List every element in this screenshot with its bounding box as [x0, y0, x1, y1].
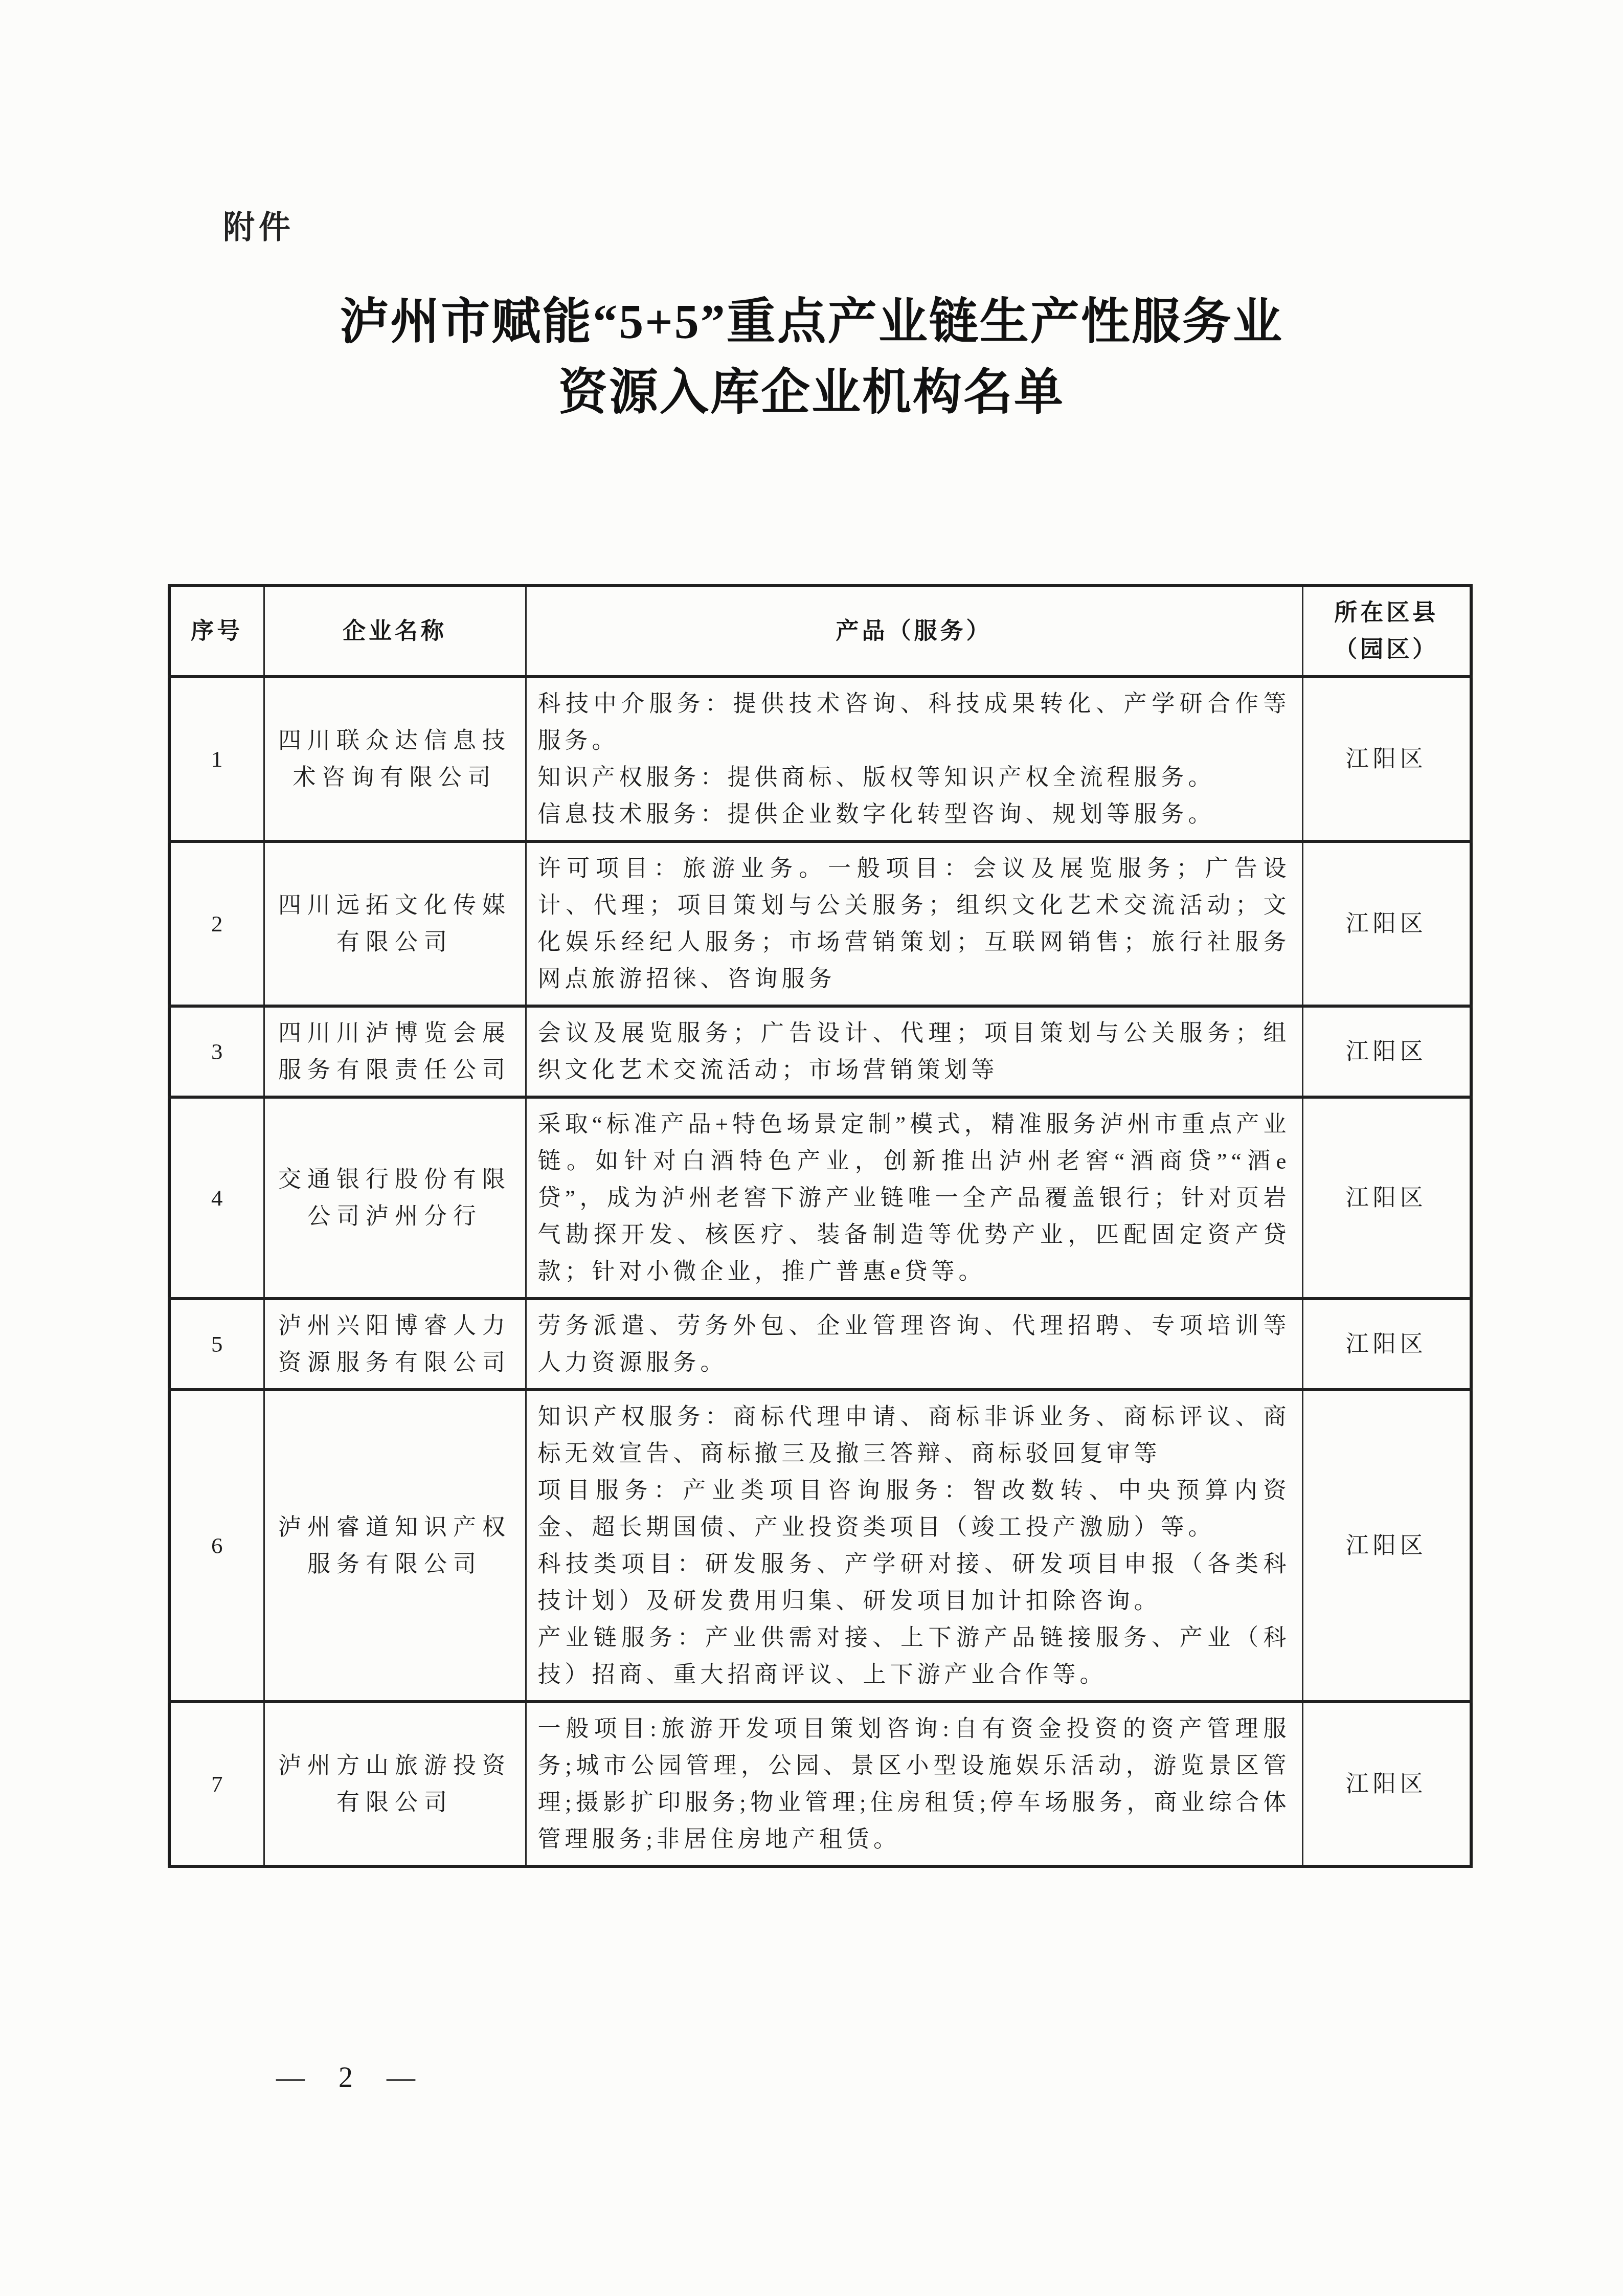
- table-row: 2 四川远拓文化传媒有限公司 许可项目：旅游业务。一般项目：会议及展览服务；广告…: [169, 841, 1471, 1006]
- header-products: 产品（服务）: [526, 586, 1302, 677]
- product-paragraph: 许可项目：旅游业务。一般项目：会议及展览服务；广告设计、代理；项目策划与公关服务…: [538, 850, 1291, 997]
- table-header: 序号 企业名称 产品（服务） 所在区县 （园区）: [169, 586, 1471, 677]
- table-row: 1 四川联众达信息技术咨询有限公司 科技中介服务：提供技术咨询、科技成果转化、产…: [169, 677, 1471, 841]
- header-company: 企业名称: [264, 586, 526, 677]
- title-line-2: 资源入库企业机构名单: [153, 357, 1470, 428]
- company-name-cell: 泸州睿道知识产权服务有限公司: [264, 1390, 526, 1702]
- page-title: 泸州市赋能“5+5”重点产业链生产性服务业 资源入库企业机构名单: [153, 286, 1470, 428]
- page-number: — 2 —: [276, 2061, 429, 2094]
- header-district-line2: （园区）: [1306, 631, 1467, 668]
- district-cell: 江阳区: [1302, 1390, 1471, 1702]
- company-name-cell: 四川远拓文化传媒有限公司: [264, 841, 526, 1006]
- table-row: 4 交通银行股份有限公司泸州分行 采取“标准产品+特色场景定制”模式，精准服务泸…: [169, 1097, 1471, 1299]
- table-row: 3 四川川泸博览会展服务有限责任公司 会议及展览服务；广告设计、代理；项目策划与…: [169, 1006, 1471, 1097]
- district-cell: 江阳区: [1302, 1299, 1471, 1390]
- row-number-cell: 7: [169, 1702, 264, 1866]
- company-name-cell: 泸州方山旅游投资有限公司: [264, 1702, 526, 1866]
- row-number-cell: 3: [169, 1006, 264, 1097]
- product-paragraph: 知识产权服务：提供商标、版权等知识产权全流程服务。: [538, 759, 1291, 796]
- row-number-cell: 6: [169, 1390, 264, 1702]
- header-district: 所在区县 （园区）: [1302, 586, 1471, 677]
- product-paragraph: 科技中介服务：提供技术咨询、科技成果转化、产学研合作等服务。: [538, 685, 1291, 759]
- products-services-cell: 会议及展览服务；广告设计、代理；项目策划与公关服务；组织文化艺术交流活动；市场营…: [526, 1006, 1302, 1097]
- companies-table: 序号 企业名称 产品（服务） 所在区县 （园区） 1 四川联众达信息技术咨询有限…: [168, 584, 1473, 1868]
- document-page: 附件 泸州市赋能“5+5”重点产业链生产性服务业 资源入库企业机构名单 序号 企…: [0, 0, 1623, 2296]
- product-paragraph: 项目服务：产业类项目咨询服务：智改数转、中央预算内资金、超长期国债、产业投资类项…: [538, 1472, 1291, 1546]
- table-row: 6 泸州睿道知识产权服务有限公司 知识产权服务：商标代理申请、商标非诉业务、商标…: [169, 1390, 1471, 1702]
- district-cell: 江阳区: [1302, 841, 1471, 1006]
- products-services-cell: 知识产权服务：商标代理申请、商标非诉业务、商标评议、商标无效宣告、商标撤三及撤三…: [526, 1390, 1302, 1702]
- district-cell: 江阳区: [1302, 1006, 1471, 1097]
- product-paragraph: 一般项目:旅游开发项目策划咨询:自有资金投资的资产管理服务;城市公园管理，公园、…: [538, 1710, 1291, 1858]
- product-paragraph: 科技类项目：研发服务、产学研对接、研发项目申报（各类科技计划）及研发费用归集、研…: [538, 1546, 1291, 1619]
- product-paragraph: 劳务派遣、劳务外包、企业管理咨询、代理招聘、专项培训等人力资源服务。: [538, 1307, 1291, 1381]
- attachment-label: 附件: [223, 202, 295, 248]
- table-row: 5 泸州兴阳博睿人力资源服务有限公司 劳务派遣、劳务外包、企业管理咨询、代理招聘…: [169, 1299, 1471, 1390]
- row-number-cell: 1: [169, 677, 264, 841]
- product-paragraph: 采取“标准产品+特色场景定制”模式，精准服务泸州市重点产业链。如针对白酒特色产业…: [538, 1106, 1291, 1290]
- header-district-line1: 所在区县: [1306, 594, 1467, 631]
- district-cell: 江阳区: [1302, 677, 1471, 841]
- products-services-cell: 科技中介服务：提供技术咨询、科技成果转化、产学研合作等服务。知识产权服务：提供商…: [526, 677, 1302, 841]
- company-name-cell: 四川川泸博览会展服务有限责任公司: [264, 1006, 526, 1097]
- table-row: 7 泸州方山旅游投资有限公司 一般项目:旅游开发项目策划咨询:自有资金投资的资产…: [169, 1702, 1471, 1866]
- product-paragraph: 信息技术服务：提供企业数字化转型咨询、规划等服务。: [538, 796, 1291, 833]
- company-name-cell: 交通银行股份有限公司泸州分行: [264, 1097, 526, 1299]
- table-body: 1 四川联众达信息技术咨询有限公司 科技中介服务：提供技术咨询、科技成果转化、产…: [169, 677, 1471, 1866]
- title-line-1: 泸州市赋能“5+5”重点产业链生产性服务业: [153, 286, 1470, 357]
- product-paragraph: 知识产权服务：商标代理申请、商标非诉业务、商标评议、商标无效宣告、商标撤三及撤三…: [538, 1398, 1291, 1472]
- header-row: 序号 企业名称 产品（服务） 所在区县 （园区）: [169, 586, 1471, 677]
- products-services-cell: 一般项目:旅游开发项目策划咨询:自有资金投资的资产管理服务;城市公园管理，公园、…: [526, 1702, 1302, 1866]
- company-name-cell: 四川联众达信息技术咨询有限公司: [264, 677, 526, 841]
- district-cell: 江阳区: [1302, 1097, 1471, 1299]
- company-name-cell: 泸州兴阳博睿人力资源服务有限公司: [264, 1299, 526, 1390]
- product-paragraph: 会议及展览服务；广告设计、代理；项目策划与公关服务；组织文化艺术交流活动；市场营…: [538, 1015, 1291, 1088]
- row-number-cell: 2: [169, 841, 264, 1006]
- product-paragraph: 产业链服务：产业供需对接、上下游产品链接服务、产业（科技）招商、重大招商评议、上…: [538, 1619, 1291, 1693]
- products-services-cell: 采取“标准产品+特色场景定制”模式，精准服务泸州市重点产业链。如针对白酒特色产业…: [526, 1097, 1302, 1299]
- products-services-cell: 劳务派遣、劳务外包、企业管理咨询、代理招聘、专项培训等人力资源服务。: [526, 1299, 1302, 1390]
- row-number-cell: 4: [169, 1097, 264, 1299]
- header-no: 序号: [169, 586, 264, 677]
- products-services-cell: 许可项目：旅游业务。一般项目：会议及展览服务；广告设计、代理；项目策划与公关服务…: [526, 841, 1302, 1006]
- district-cell: 江阳区: [1302, 1702, 1471, 1866]
- row-number-cell: 5: [169, 1299, 264, 1390]
